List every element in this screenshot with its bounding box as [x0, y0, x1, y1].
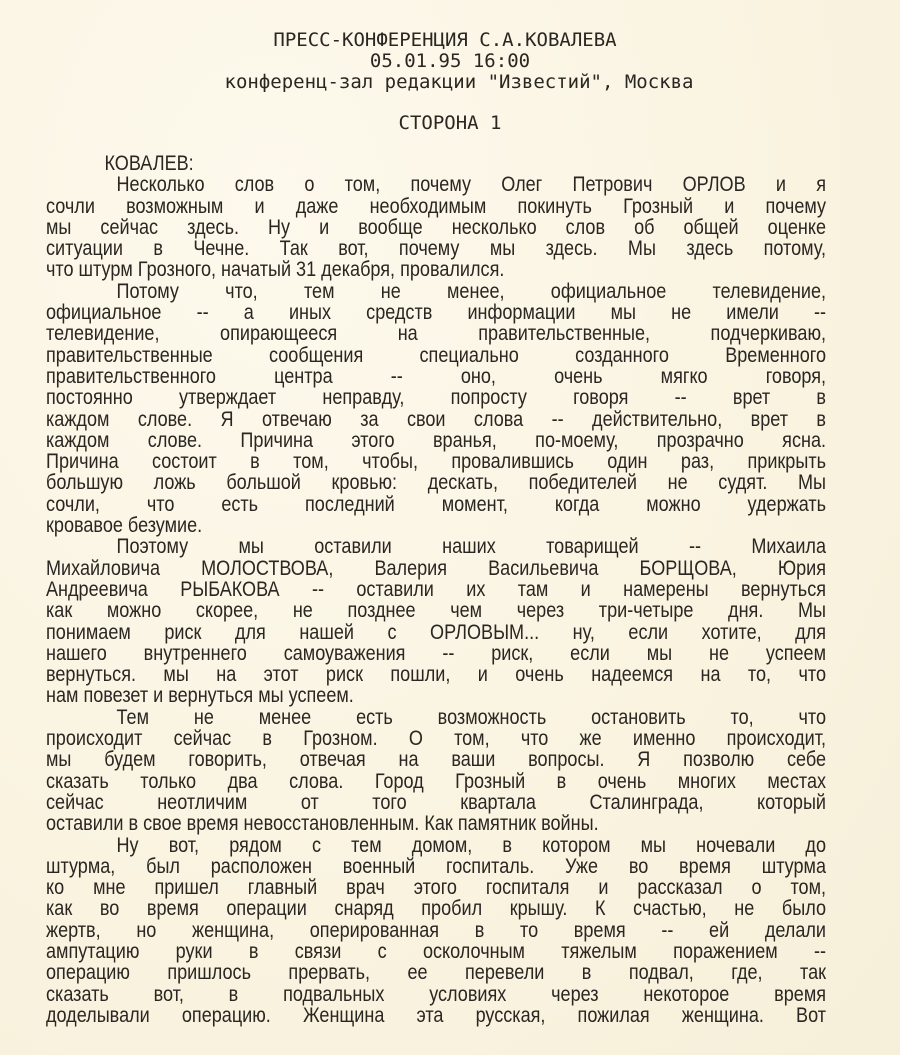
text-line: Потому что, тем не менее, официальное те… [46, 281, 826, 302]
text-line: Михайловича МОЛОСТВОВА, Валерия Васильев… [46, 558, 826, 579]
text-line: доделывали операцию. Женщина эта русская… [46, 1005, 826, 1026]
side-label: СТОРОНА 1 [0, 112, 900, 134]
text-line: правительственные сообщения специально с… [46, 345, 826, 366]
text-line: сочли, что есть последний момент, когда … [46, 494, 826, 515]
document-header: ПРЕСС-КОНФЕРЕНЦИЯ С.А.КОВАЛЕВА 05.01.95 … [0, 30, 900, 93]
speaker-label: КОВАЛЕВ: [46, 153, 826, 174]
text-line: как во время операции снаряд пробил крыш… [46, 898, 826, 919]
text-line: оставили в свое время невосстановленным.… [46, 813, 826, 834]
text-line: ситуации в Чечне. Так вот, почему мы зде… [46, 238, 826, 259]
text-line: операцию пришлось прервать, ее перевели … [46, 962, 826, 983]
text-line: сказать вот, в подвальных условиях через… [46, 984, 826, 1005]
text-line: Тем не менее есть возможность остановить… [46, 707, 826, 728]
paragraph: Несколько слов о том, почему Олег Петров… [46, 174, 826, 280]
text-line: каждом слове. Причина этого вранья, по-м… [46, 430, 826, 451]
document-datetime: 05.01.95 16:00 [0, 51, 900, 72]
paragraph: Ну вот, рядом с тем домом, в котором мы … [46, 835, 826, 1027]
text-line: официальное -- а иных средств информации… [46, 302, 826, 323]
text-line: Андреевича РЫБАКОВА -- оставили их там и… [46, 579, 826, 600]
text-line: жертв, но женщина, оперированная в то вр… [46, 920, 826, 941]
text-line: Поэтому мы оставили наших товарищей -- М… [46, 536, 826, 557]
transcript-paragraphs: Несколько слов о том, почему Олег Петров… [46, 174, 826, 1026]
text-line: телевидение, опирающееся на правительств… [46, 323, 826, 344]
document-location: конференц-зал редакции "Известий", Москв… [18, 72, 900, 93]
text-line: Ну вот, рядом с тем домом, в котором мы … [46, 835, 826, 856]
text-line: сейчас неотличим от того квартала Сталин… [46, 792, 826, 813]
paragraph: Поэтому мы оставили наших товарищей -- М… [46, 536, 826, 706]
text-line: каждом слове. Я отвечаю за свои слова --… [46, 409, 826, 430]
text-line: постоянно утверждает неправду, попросту … [46, 387, 826, 408]
transcript-body: КОВАЛЕВ: Несколько слов о том, почему Ол… [46, 153, 826, 1026]
text-line: как можно скорее, не позднее чем через т… [46, 600, 826, 621]
paragraph: Потому что, тем не менее, официальное те… [46, 281, 826, 537]
text-line: штурма, был расположен военный госпиталь… [46, 856, 826, 877]
text-line: что штурм Грозного, начатый 31 декабря, … [46, 259, 826, 280]
text-line: Причина состоит в том, чтобы, проваливши… [46, 451, 826, 472]
text-line: ко мне пришел главный врач этого госпита… [46, 877, 826, 898]
text-line: Несколько слов о том, почему Олег Петров… [46, 174, 826, 195]
text-line: понимаем риск для нашей с ОРЛОВЫМ... ну,… [46, 622, 826, 643]
text-line: большую ложь большой кровью: дескать, по… [46, 472, 826, 493]
text-line: мы сейчас здесь. Ну и вообще несколько с… [46, 217, 826, 238]
text-line: сочли возможным и даже необходимым покин… [46, 196, 826, 217]
text-line: нашего внутреннего самоуважения -- риск,… [46, 643, 826, 664]
text-line: мы будем говорить, отвечая на ваши вопро… [46, 749, 826, 770]
text-line: нам повезет и вернуться мы успеем. [46, 685, 826, 706]
paragraph: Тем не менее есть возможность остановить… [46, 707, 826, 835]
text-line: происходит сейчас в Грозном. О том, что … [46, 728, 826, 749]
document-title: ПРЕСС-КОНФЕРЕНЦИЯ С.А.КОВАЛЕВА [0, 30, 900, 51]
text-line: ампутацию руки в связи с осколочным тяже… [46, 941, 826, 962]
text-line: вернуться. мы на этот риск пошли, и очен… [46, 664, 826, 685]
text-line: сказать только два слова. Город Грозный … [46, 771, 826, 792]
text-line: кровавое безумие. [46, 515, 826, 536]
text-line: правительственного центра -- оно, очень … [46, 366, 826, 387]
